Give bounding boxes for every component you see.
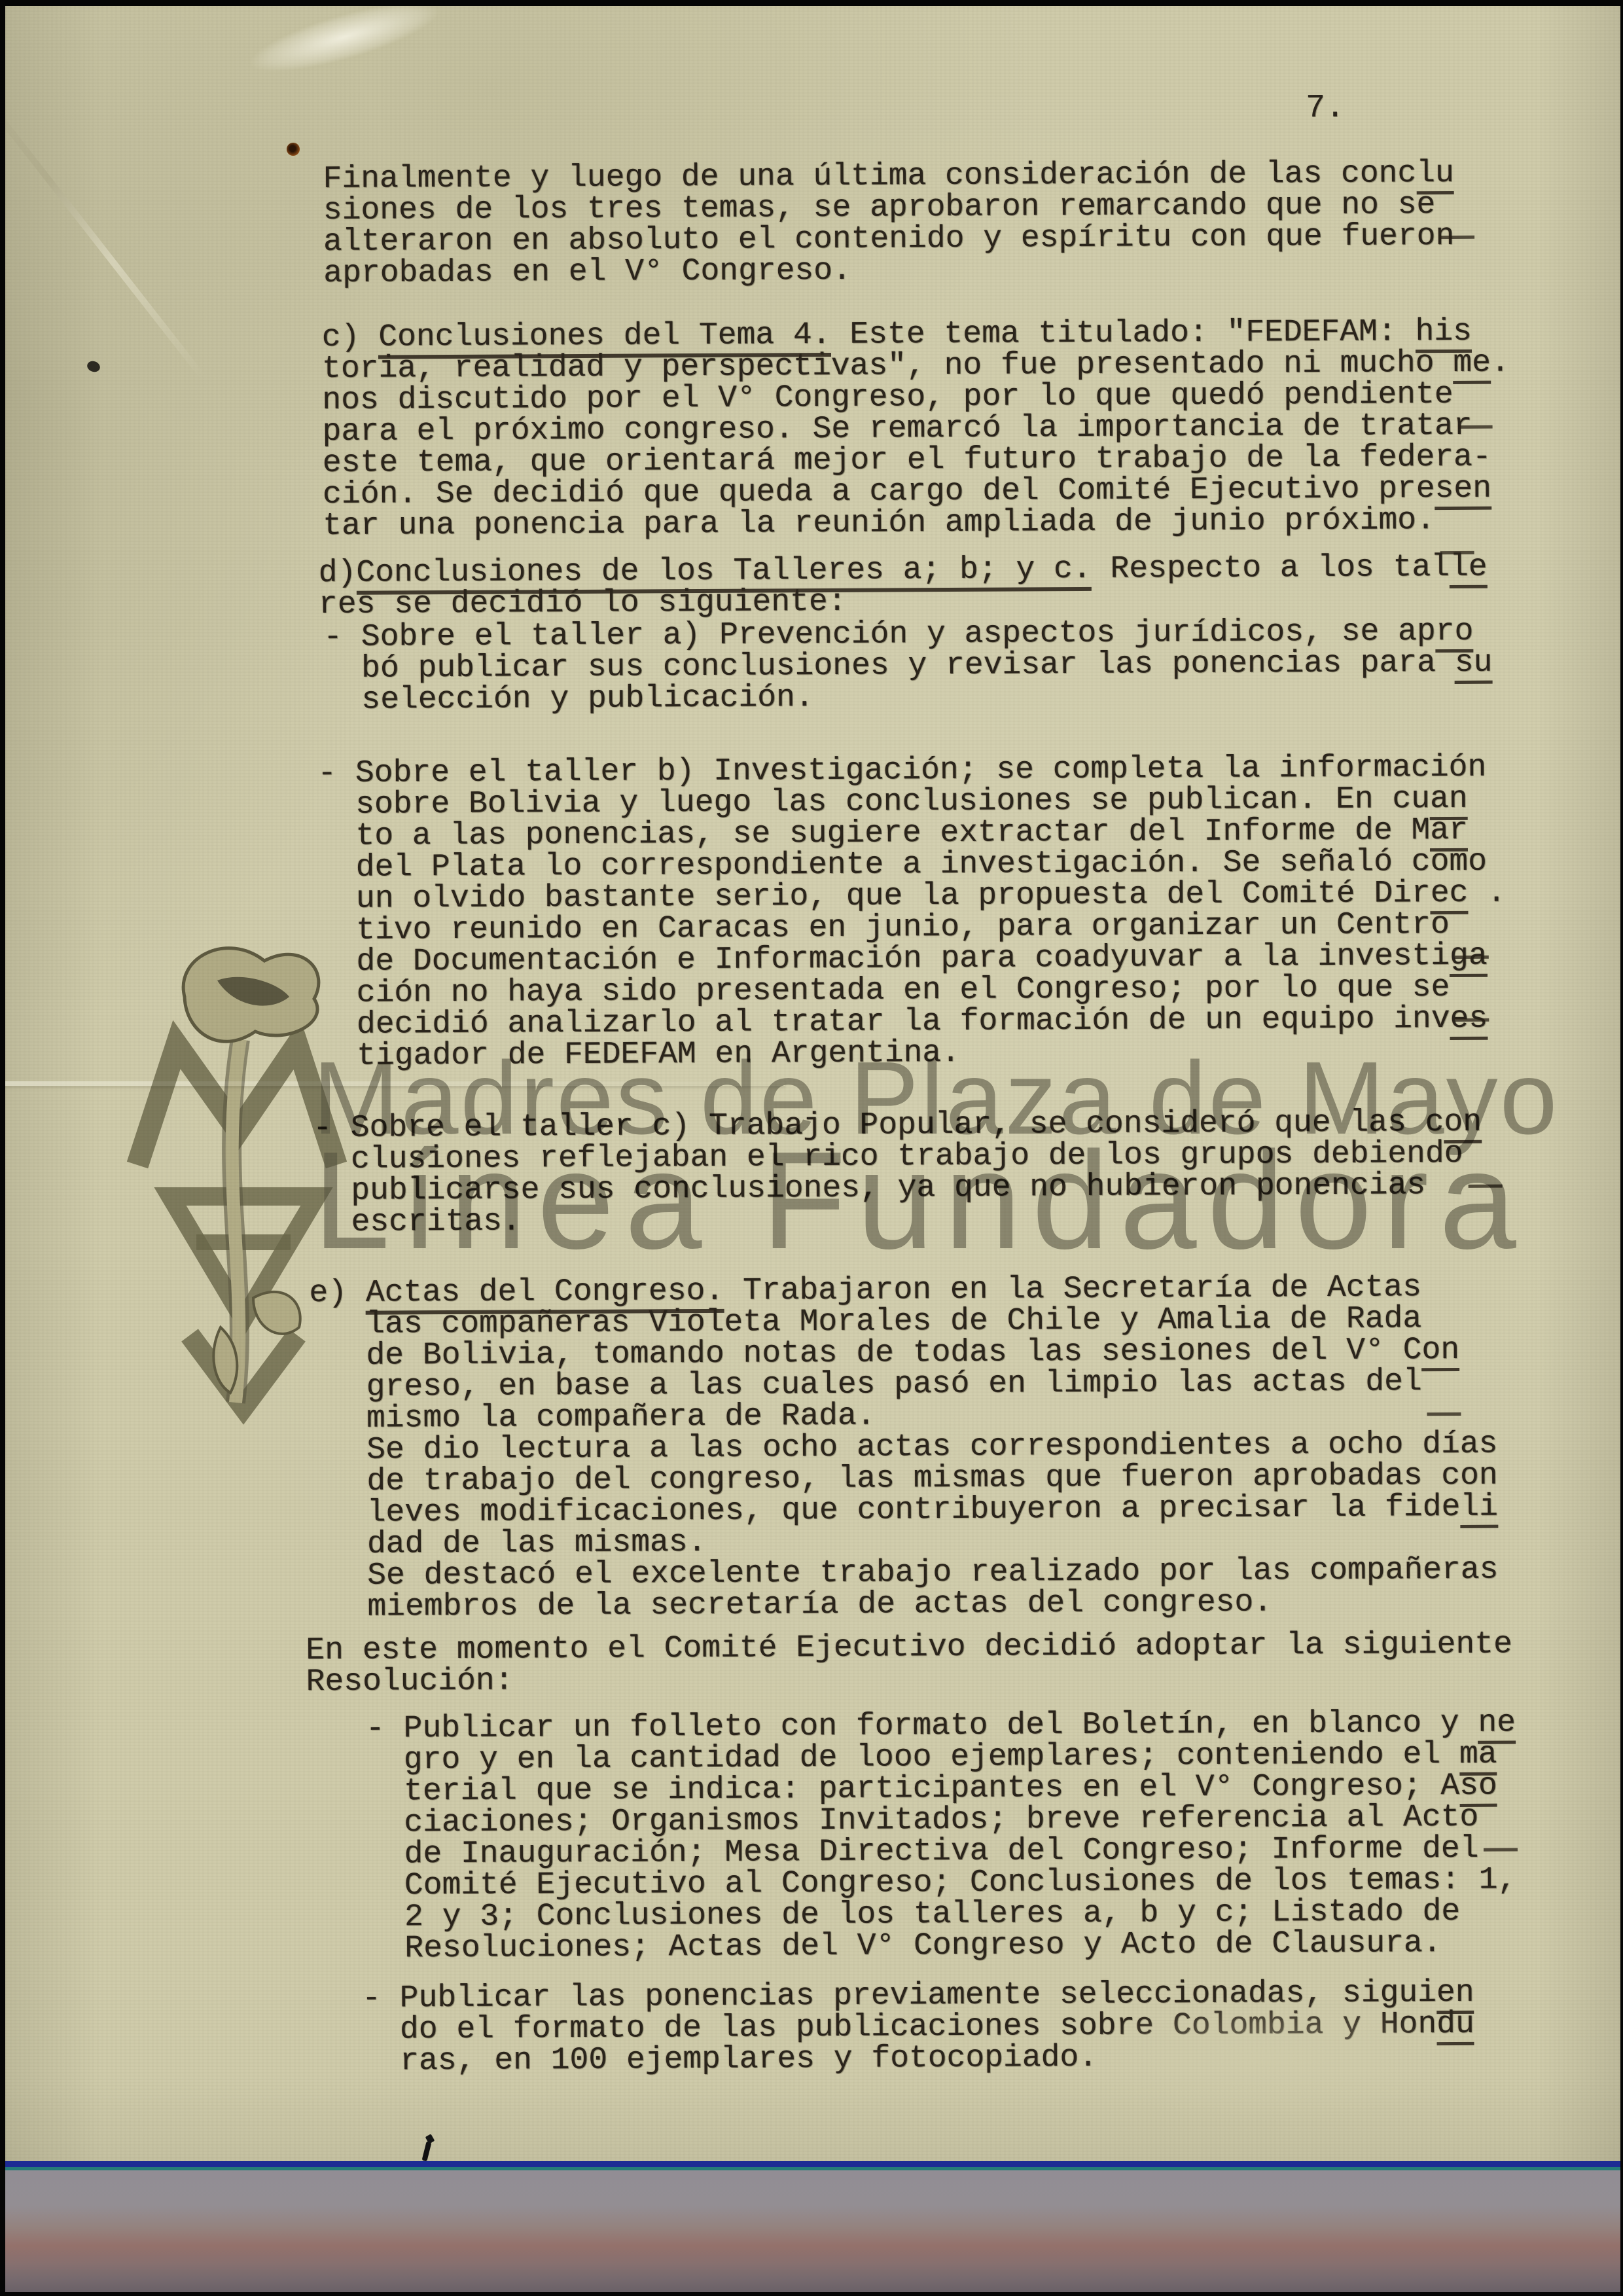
continuation-macron [1455,1018,1489,1022]
continuation-macron [1441,236,1475,239]
text-segment: . [1468,876,1506,911]
typed-line: leves modificaciones, que contribuyeron … [310,1492,1498,1530]
typed-line: ras, en 100 ejemplares y fotocopiado. [363,2040,1475,2077]
text-segment: li [1460,1490,1498,1528]
text-segment: Resoluciones; Actas del V° Congreso y Ac… [367,1926,1442,1967]
continuation-macron [1484,1848,1518,1851]
typed-line: greso, en base a las cuales pasó en limp… [310,1366,1497,1404]
section-d-conclusiones-talleres: d)Conclusiones de los Talleres a; b; y c… [319,552,1488,620]
text-segment: escritas. [313,1204,521,1240]
bullet-taller-a: - Sobre el taller a) Prevención y aspect… [323,616,1493,716]
continuation-macron [1459,425,1493,429]
text-segment: Respecto a los tal [1092,550,1450,587]
scan-border [1620,0,1623,2296]
text-segment: alteraron en absoluto el contenido y esp… [323,219,1455,260]
typed-line: d)Conclusiones de los Talleres a; b; y c… [319,552,1488,589]
typed-line: tar una ponencia para la reunión ampliad… [323,505,1510,543]
text-segment: bó publicar sus conclusiones y revisar l… [323,645,1455,687]
bullet-resolucion-ponencias: - Publicar las ponencias previamente sel… [362,1977,1474,2077]
text-segment: . [1491,346,1510,381]
continuation-macron [1455,956,1489,959]
typed-line: selección y publicación. [324,679,1493,716]
text-segment: res se decidió lo siguiente: [319,584,847,622]
text-segment: selección y publicación. [324,680,814,718]
bullet-taller-c: - Sobre el taller c) Trabajo Popular, se… [313,1107,1497,1238]
scanner-background [0,2157,1623,2296]
scan-border [0,0,1623,6]
scan-border [0,0,5,2296]
scanned-document-page: { "page": { "number": "7." }, "watermark… [0,0,1623,2296]
text-segment: du [1436,2007,1474,2045]
text-segment: aprobadas en el V° Congreso. [323,253,851,291]
text-segment: tar una ponencia para la reunión ampliad… [323,503,1435,544]
text-segment: e) [309,1276,366,1311]
typed-line: Resoluciones; Actas del V° Congreso y Ac… [367,1928,1517,1965]
typed-line: tigador de FEDEFAM en Argentina. [319,1035,1507,1073]
typed-line: bó publicar sus conclusiones y revisar l… [323,647,1492,685]
text-segment: su [1455,645,1493,684]
typed-line: En este momento el Comité Ejecutivo deci… [306,1629,1512,1667]
text-segment: c) [322,320,379,355]
section-c-conclusiones-tema4: c) Conclusiones del Tema 4. Este tema ti… [322,316,1510,542]
typed-line: miembros de la secretaría de actas del c… [311,1586,1499,1624]
text-segment: En este momento el Comité Ejecutivo deci… [306,1627,1512,1669]
bullet-resolucion-folleto: - Publicar un folleto con formato del Bo… [366,1708,1517,1965]
continuation-macron [1469,1185,1503,1188]
bullet-taller-b: - Sobre el taller b) Investigación; se c… [317,752,1507,1072]
typed-line: publicarse sus conclusiones, ya que no h… [313,1170,1497,1207]
section-e-actas-congreso: e) Actas del Congreso. Trabajaron en la … [309,1272,1498,1623]
paragraph-resolucion-intro: En este momento el Comité Ejecutivo deci… [306,1629,1512,1698]
continuation-macron [1427,1412,1461,1416]
text-segment: ras, en 100 ejemplares y fotocopiado. [362,2040,1097,2079]
paragraph-final-consideracion: Finalmente y luego de una última conside… [323,158,1469,289]
typed-line: alteraron en absoluto el contenido y esp… [323,221,1470,258]
scanner-bed-gradient [0,2170,1623,2296]
text-segment: publicarse sus conclusiones, ya que no h… [313,1168,1426,1209]
text-segment: d) [319,556,357,591]
typed-line: aprobadas en el V° Congreso. [323,252,1470,289]
typed-line: escritas. [313,1201,1497,1238]
text-segment: leves modificaciones, que contribuyeron … [310,1490,1460,1531]
typed-text-layer: 7. Finalmente y luego de una última cons… [0,0,1623,2163]
text-segment: tigador de FEDEFAM en Argentina. [319,1035,960,1074]
text-segment: Resolución: [306,1664,513,1700]
typed-line: do el formato de las publicaciones sobre… [362,2009,1474,2046]
text-segment: miembros de la secretaría de actas del c… [311,1585,1272,1625]
typed-line: Resolución: [306,1660,1512,1698]
text-segment: le [1450,550,1488,588]
page-edge-navy-line [0,2161,1623,2167]
page-number: 7. [1306,93,1345,124]
scan-border [0,2292,1623,2296]
